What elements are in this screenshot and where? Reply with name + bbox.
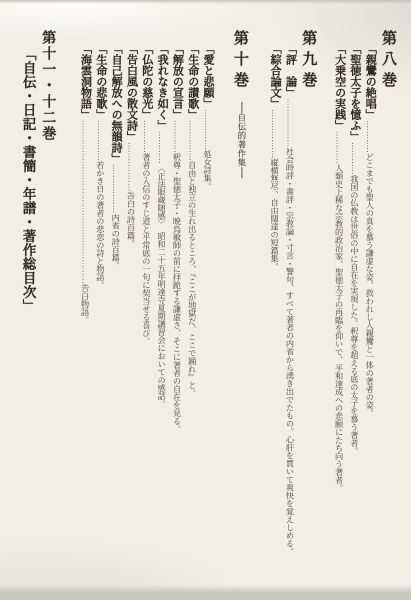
toc-entry: 「生命の悲歌」……………若かき日の著者の悲恋の詩と物語。 (95, 0, 107, 600)
volume-11-12-heading: 第十一・十二巻 (40, 0, 56, 600)
toc-entry: 「大乗空の実践」…………人類史上稀な宗教的政治家、聖徳太子の再臨を仰いで、平和達… (333, 0, 345, 600)
toc-entry-leader: …………………………………………………… (81, 120, 91, 284)
toc-entry-leader: …………… (203, 109, 213, 150)
toc-entry-leader: ………… (350, 142, 360, 175)
volume-9-heading-label: 第九巻 (300, 30, 318, 93)
toc-entry: 「評 論」………………社会時評・書評・宗教論・寸言・警句、すべて著者の内省から湧… (284, 0, 296, 600)
toc-entry-leader: ……………… (285, 98, 295, 147)
toc-entry-title: 「綜合論文」 (269, 43, 282, 109)
toc-entry-title: 「生命の悲歌」 (95, 43, 108, 120)
toc-entry-desc: 社会時評・書評・宗教論・寸言・警句、すべて著者の内省から湧き出でたもの。心肝を貫… (285, 147, 295, 555)
toc-entry-desc: 縦横無尽、自由闊達の短篇集。 (270, 158, 280, 270)
toc-entry-desc: 自由と独立の生れ出るところ、『ここが地獄だ、ここで踊れ』と。 (188, 161, 198, 397)
volume-section-8: 第八巻 「親鸞の絶唱」…………どこまでも聖人の真を慕う謙虚な姿、救われし人親鸞と… (333, 0, 397, 600)
volume-section-9: 第九巻 「評 論」………………社会時評・書評・宗教論・寸言・警句、すべて著者の内… (269, 0, 317, 600)
toc-entry-leader: ………… (365, 120, 375, 153)
toc-entry-leader: ……………… (111, 164, 121, 213)
toc-entry: 「我れなき如く」…………〈正法眼蔵随感〉 昭和二十五年明達寺夏期講習会においての… (156, 0, 168, 600)
volume-section-11-12: 第十一・十二巻 「自伝・日記・書簡・年譜・著作総目次」 (19, 0, 55, 600)
toc-entry-title: 「評 論」 (284, 43, 297, 98)
table-of-contents: 第八巻 「親鸞の絶唱」…………どこまでも聖人の真を慕う謙虚な姿、救われし人親鸞と… (16, 0, 397, 600)
volume-8-heading-label: 第八巻 (380, 30, 398, 93)
toc-entry-desc: どこまでも聖人の真を慕う謙虚な姿、救われし人親鸞と一体の著者の姿。 (365, 153, 375, 417)
toc-entry: 「自伝・日記・書簡・年譜・著作総目次」 (19, 0, 34, 600)
toc-entry-desc: 我国の仏教は世俗の中に自在を実現した。釈尊を超える底の太子を慕う著者。 (350, 175, 360, 455)
toc-entry-title: 「親鸞の絶唱」 (364, 43, 377, 120)
toc-entry-desc: 処女詩集。 (203, 150, 213, 190)
toc-entry-title: 「解放の宣言」 (171, 43, 184, 120)
toc-entry-leader: ……………… (126, 142, 136, 191)
toc-entry-desc: 告白物語。 (81, 284, 91, 324)
toc-entry-title: 「仏陀の慈光」 (141, 43, 154, 120)
volume-9-heading: 第九巻 (300, 0, 317, 600)
toc-entry-desc: 釈尊・聖徳太子・暁烏敏師の前に拝跪する謙虚さ、そこに著者の自在を見る。 (172, 153, 182, 433)
toc-entry: 「仏陀の慈光」…………著者の入信のすじ道と平常底の一句に契当せる喜び。 (140, 0, 152, 600)
toc-entry-title: 「愛と悲願」 (202, 43, 215, 109)
scanned-toc-page: 第八巻 「親鸞の絶唱」…………どこまでも聖人の真を慕う謙虚な姿、救われし人親鸞と… (0, 0, 411, 600)
volume-10-subtitle: ──自伝的著作集── (236, 102, 246, 178)
toc-entry-desc: 若かき日の著者の悲恋の詩と物語。 (96, 161, 106, 289)
toc-entry-title: 「我れなき如く」 (156, 43, 169, 131)
toc-entry-desc: 〈正法眼蔵随感〉 昭和二十五年明達寺夏期講習会においての感話。 (157, 164, 167, 408)
toc-entry-leader: ………… (157, 131, 167, 164)
toc-entry-leader: ……………… (270, 109, 280, 158)
volume-section-10: 第十巻──自伝的著作集── 「愛と悲願」……………処女詩集。 「生命の讃歌」……… (79, 0, 249, 600)
toc-entry-title: 「告白風の散文詩」 (125, 43, 138, 142)
toc-entry-leader: …………… (96, 120, 106, 161)
toc-entry-desc: 内省の詩百篇。 (111, 213, 121, 269)
toc-entry: 「自己解放への無韻詩」………………内省の詩百篇。 (110, 0, 122, 600)
toc-entry-leader: …………… (188, 120, 198, 161)
toc-entry-desc: 人類史上稀な宗教的政治家、聖徳太子の再臨を仰いで、平和達成への悲願にたち向う著者… (335, 164, 345, 492)
volume-8-heading: 第八巻 (380, 0, 397, 600)
toc-entry: 「親鸞の絶唱」…………どこまでも聖人の真を慕う謙虚な姿、救われし人親鸞と一体の著… (364, 0, 376, 600)
toc-entry: 「愛と悲願」……………処女詩集。 (202, 0, 214, 600)
toc-entry: 「聖徳太子を憶ふ」…………我国の仏教は世俗の中に自在を実現した。釈尊を超える底の… (349, 0, 361, 600)
toc-entry-title: 「生命の讃歌」 (187, 43, 200, 120)
toc-entry: 「解放の宣言」…………釈尊・聖徳太子・暁烏敏師の前に拝跪する謙虚さ、そこに著者の… (171, 0, 183, 600)
toc-entry: 「海雲洞物語」……………………………………………………告白物語。 (79, 0, 91, 600)
volume-10-heading-label: 第十巻 (232, 30, 250, 93)
toc-entry: 「綜合論文」………………縦横無尽、自由闊達の短篇集。 (269, 0, 281, 600)
toc-entry-desc: 著者の入信のすじ道と平常底の一句に契当せる喜び。 (142, 153, 152, 345)
toc-entry-title: 「大乗空の実践」 (334, 43, 347, 131)
toc-entry-title: 「自伝・日記・書簡・年譜・著作総目次」 (20, 47, 36, 313)
toc-entry-title: 「海雲洞物語」 (80, 43, 93, 120)
toc-entry: 「告白風の散文詩」………………告白の詩百篇。 (125, 0, 137, 600)
volume-11-12-heading-label: 第十一・十二巻 (40, 30, 56, 142)
toc-entry-title: 「聖徳太子を憶ふ」 (349, 43, 362, 142)
toc-entry-desc: 告白の詩百篇。 (126, 191, 136, 247)
toc-entry-leader: ………… (142, 120, 152, 153)
toc-entry-leader: ………… (335, 131, 345, 164)
volume-10-heading: 第十巻──自伝的著作集── (232, 0, 249, 600)
toc-entry-leader: ………… (172, 120, 182, 153)
toc-entry-title: 「自己解放への無韻詩」 (110, 43, 123, 164)
toc-entry: 「生命の讃歌」……………自由と独立の生れ出るところ、『ここが地獄だ、ここで踊れ』… (186, 0, 198, 600)
